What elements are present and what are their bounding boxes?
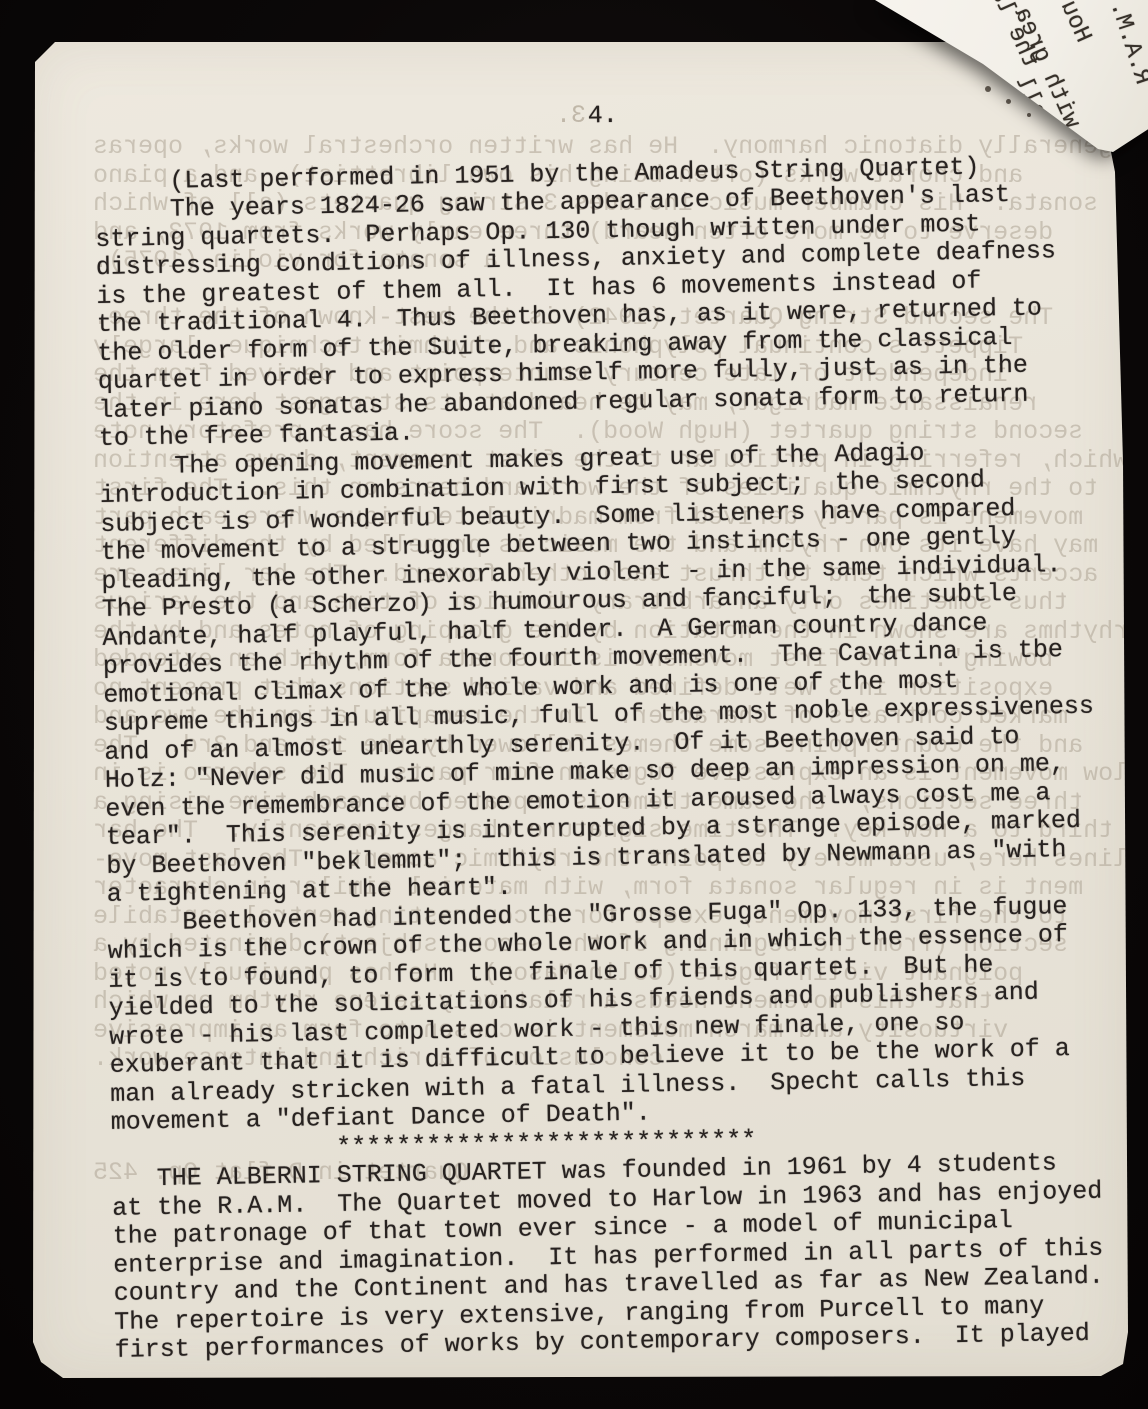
folded-page-corner: all with grea the la Hou R.A.M. bbox=[855, 0, 1148, 192]
document-page: generally diatonic harmony. He has writt… bbox=[33, 42, 1128, 1378]
body-text: (Last performed in 1951 by the Amadeus S… bbox=[94, 151, 1090, 1365]
fold-mirrored-text-fragment: Hou bbox=[1052, 0, 1097, 48]
typed-text: 4. (Last performed in 1951 by the Amadeu… bbox=[93, 94, 1090, 1365]
photo-background: generally diatonic harmony. He has writt… bbox=[0, 0, 1148, 1409]
fold-mirrored-text-fragment: R.A.M. bbox=[1102, 0, 1148, 89]
folded-corner-paper: all with grea the la Hou R.A.M. bbox=[855, 0, 1148, 192]
